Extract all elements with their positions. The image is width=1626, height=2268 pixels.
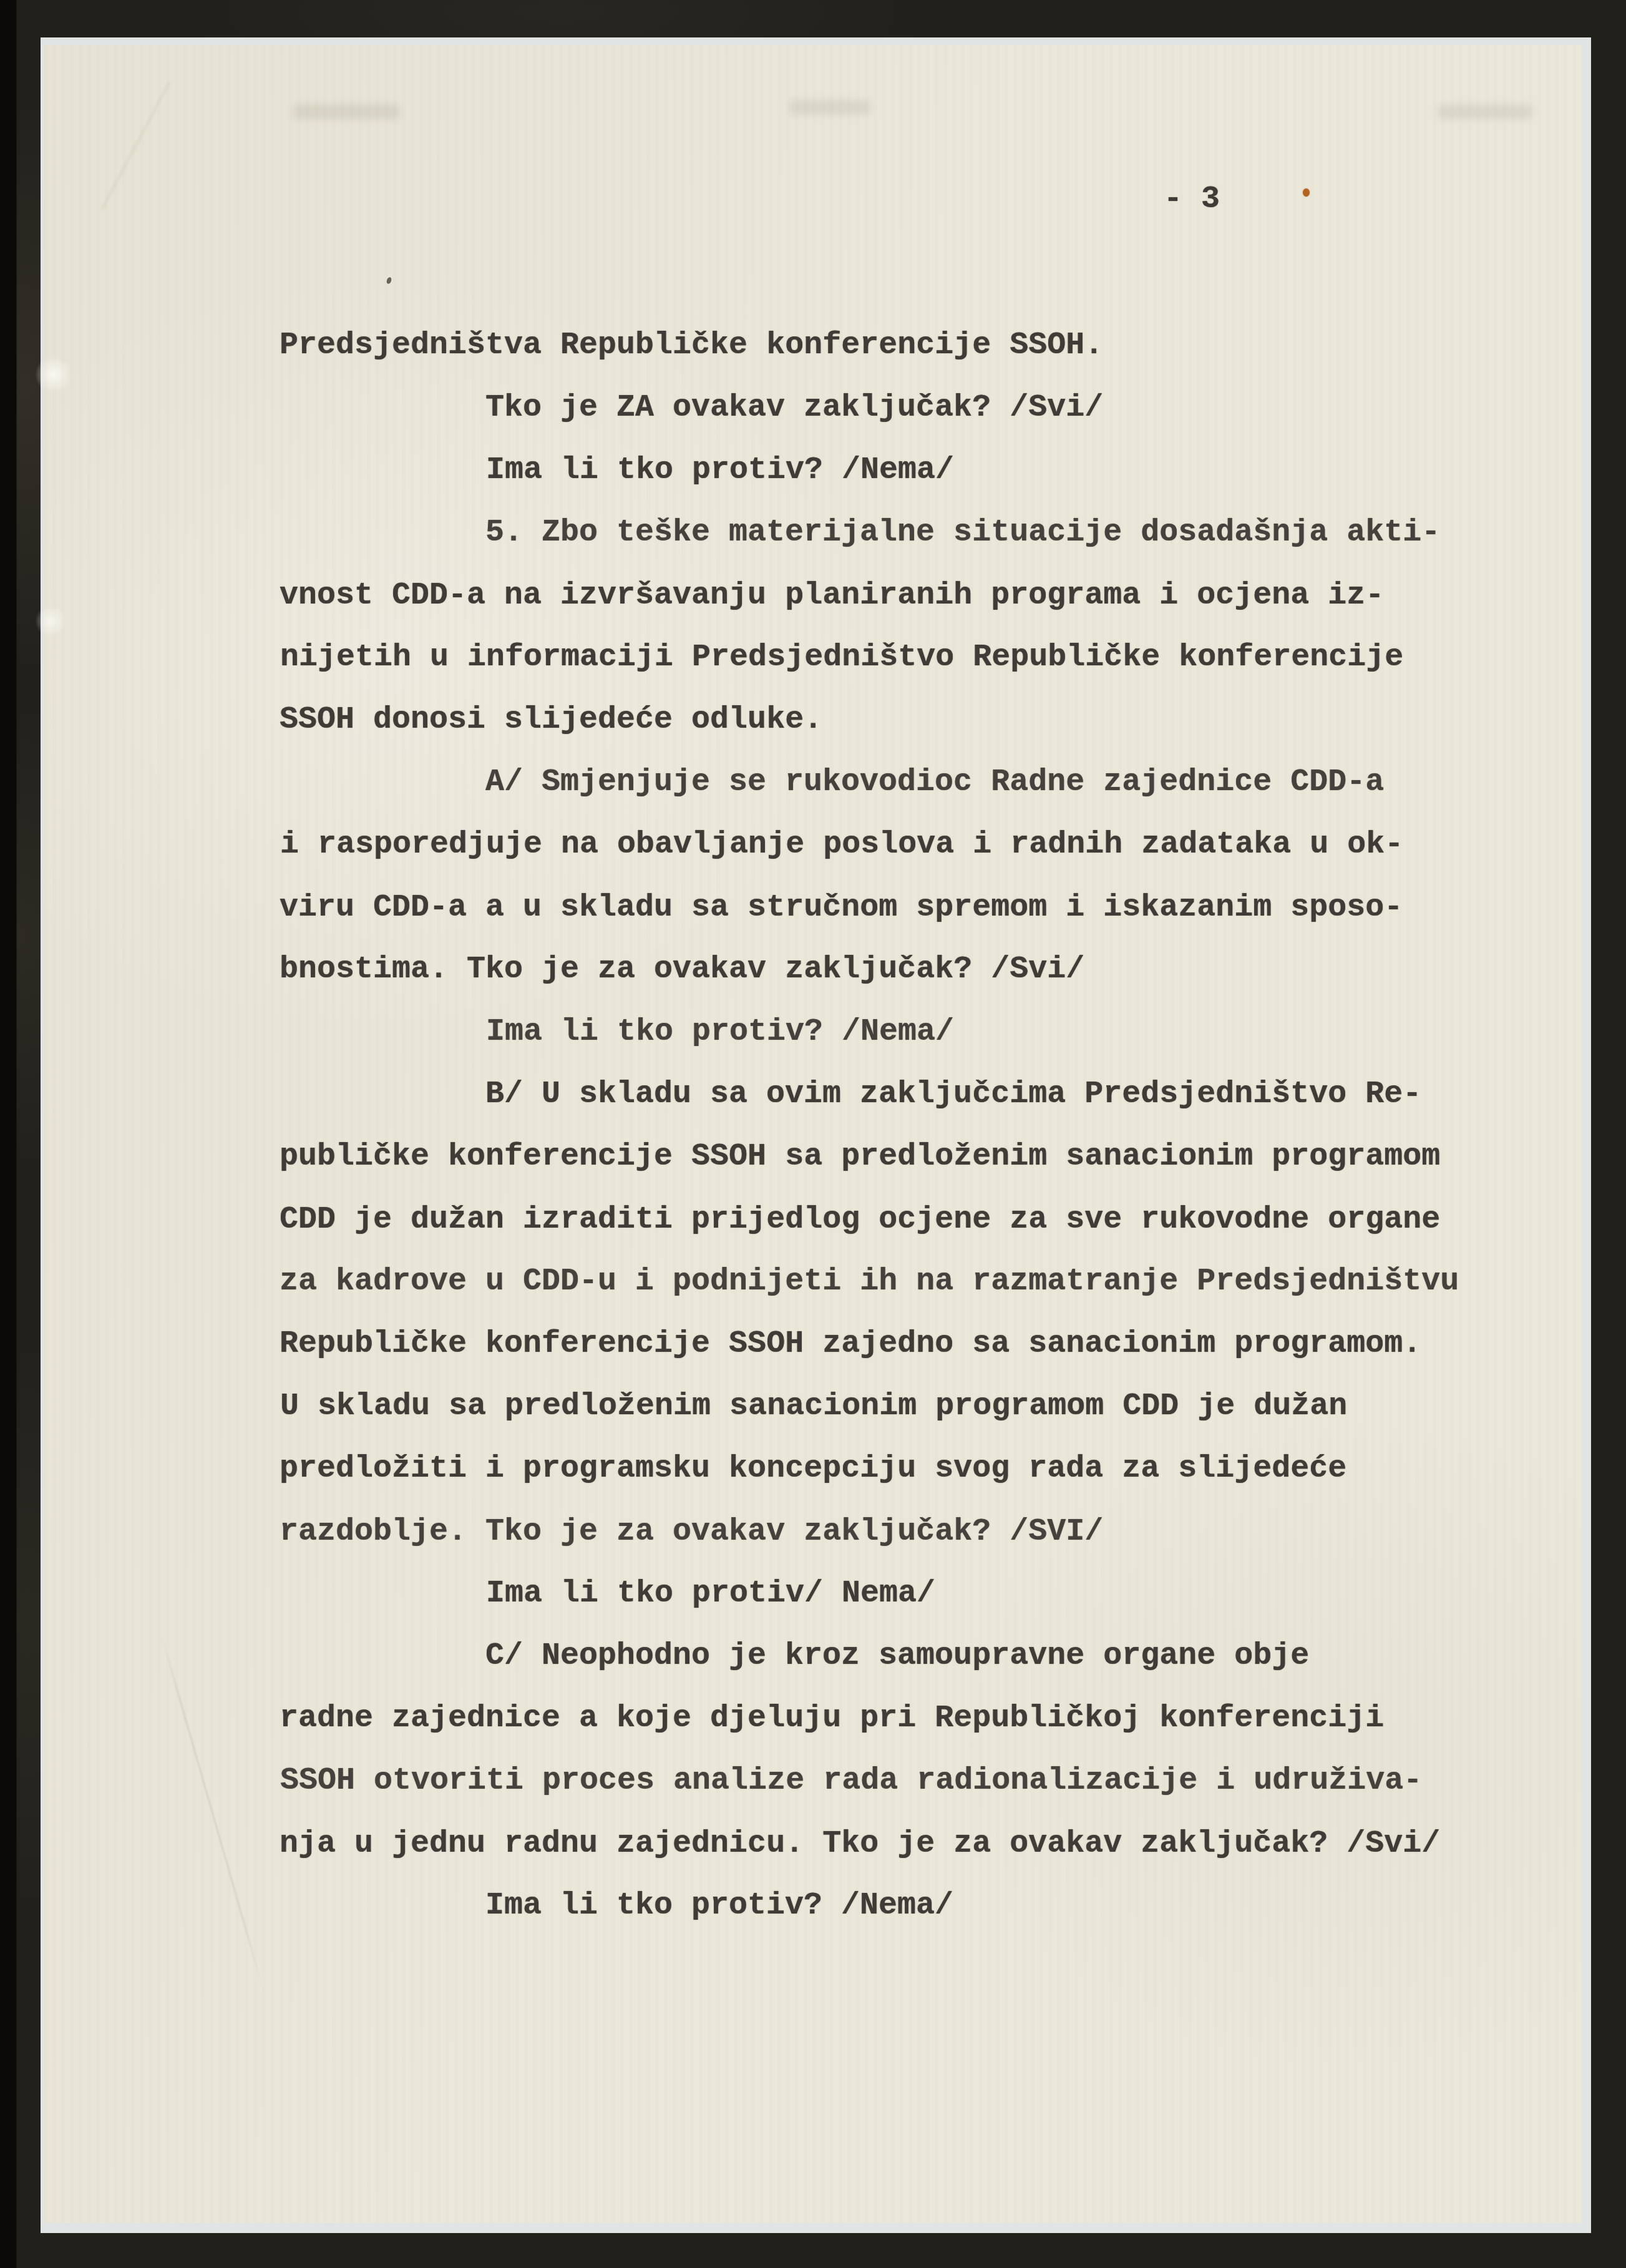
- text-line: publičke konferencije SSOH sa predloženi…: [280, 1126, 1515, 1188]
- document-page: - 3 Predsjedništva Republičke konferenci…: [41, 37, 1591, 2233]
- text-line: SSOH donosi slijedeće odluke.: [280, 689, 1515, 751]
- text-line: Ima li tko protiv? /Nema/: [280, 1001, 1516, 1063]
- page-number: - 3: [1164, 181, 1220, 218]
- text-line: CDD je dužan izraditi prijedlog ocjene z…: [280, 1189, 1515, 1251]
- ghost-smudge: [1438, 104, 1532, 119]
- text-line: nijetih u informaciji Predsjedništvo Rep…: [280, 627, 1516, 689]
- scratch-mark: [159, 1630, 264, 1991]
- text-line: i rasporedjuje na obavljanje poslova i r…: [280, 814, 1516, 876]
- text-line: 5. Zbo teške materijalne situacije dosad…: [280, 502, 1515, 564]
- paper-smudge: [35, 356, 72, 393]
- ghost-smudge: [293, 104, 399, 119]
- text-line: C/ Neophodno je kroz samoupravne organe …: [280, 1625, 1515, 1688]
- text-line: predložiti i programsku koncepciju svog …: [280, 1438, 1515, 1500]
- text-line: Ima li tko protiv? /Nema/: [280, 439, 1516, 502]
- text-line: viru CDD-a a u skladu sa stručnom spremo…: [280, 877, 1515, 939]
- text-line: Predsjedništva Republičke konferencije S…: [280, 315, 1515, 377]
- rust-speck: [1303, 188, 1310, 197]
- text-line: razdoblje. Tko je za ovakav zaključak? /…: [280, 1501, 1515, 1563]
- text-line: vnost CDD-a na izvršavanju planiranih pr…: [280, 565, 1515, 627]
- typewritten-text-block: Predsjedništva Republičke konferencije S…: [280, 315, 1515, 1937]
- text-line: U skladu sa predloženim sanacionim progr…: [280, 1376, 1516, 1438]
- text-line: Republičke konferencije SSOH zajedno sa …: [280, 1313, 1515, 1376]
- text-line: B/ U skladu sa ovim zaključcima Predsjed…: [280, 1063, 1515, 1126]
- text-line: Ima li tko protiv/ Nema/: [280, 1563, 1516, 1625]
- text-line: radne zajednice a koje djeluju pri Repub…: [280, 1688, 1515, 1750]
- text-line: Ima li tko protiv? /Nema/: [280, 1875, 1515, 1937]
- text-line: SSOH otvoriti proces analize rada radion…: [280, 1750, 1516, 1812]
- paper-smudge: [35, 605, 66, 637]
- ghost-smudge: [789, 100, 870, 115]
- text-line: bnostima. Tko je za ovakav zaključak? /S…: [280, 939, 1515, 1001]
- text-line: za kadrove u CDD-u i podnijeti ih na raz…: [280, 1251, 1515, 1313]
- text-line: A/ Smjenjuje se rukovodioc Radne zajedni…: [280, 751, 1515, 814]
- ink-fleck: [386, 276, 392, 285]
- scan-background: - 3 Predsjedništva Republičke konferenci…: [0, 0, 1626, 2268]
- text-line: Tko je ZA ovakav zaključak? /Svi/: [280, 377, 1515, 439]
- paper-crease: [101, 82, 170, 209]
- text-line: nja u jednu radnu zajednicu. Tko je za o…: [280, 1813, 1515, 1875]
